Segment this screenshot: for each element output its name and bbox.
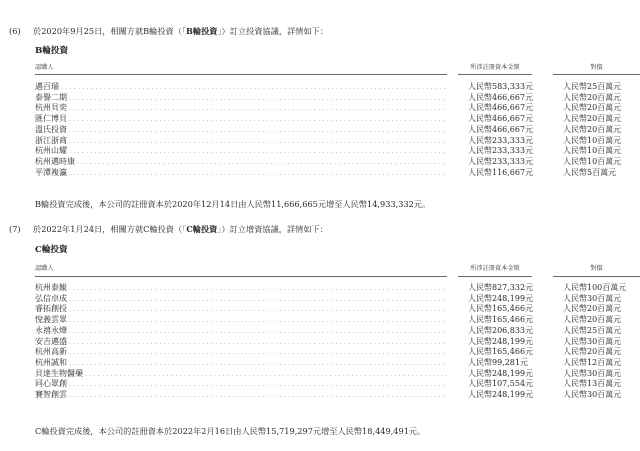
consideration-amount: 人民幣30百萬元 (563, 390, 621, 401)
section-7-intro-pre: 於2022年1月24日，相關方就C輪投資（「 (33, 224, 186, 234)
table-row: 杭州貝奕人民幣466,667元人民幣20百萬元 (35, 103, 640, 114)
table-b-header-registered-capital: 所涉註冊資本金額 (458, 64, 532, 72)
registered-capital-amount: 人民幣165,466元 (468, 315, 533, 326)
registered-capital-amount: 人民幣165,466元 (468, 304, 533, 315)
registered-capital-amount: 人民幣248,199元 (468, 337, 533, 348)
section-6-intro: 於2020年9月25日，相關方就B輪投資（「B輪投資」）訂立投資協議，詳情如下： (33, 26, 328, 36)
table-b-header-consideration: 對價 (553, 64, 640, 72)
table-c-header-registered-capital: 所涉註冊資本金額 (458, 265, 532, 273)
table-row: 弘信卓成人民幣248,199元人民幣30百萬元 (35, 294, 640, 305)
table-b-header-rule-1 (35, 74, 447, 75)
registered-capital-amount: 人民幣233,333元 (468, 146, 533, 157)
consideration-amount: 人民幣30百萬元 (563, 337, 621, 348)
table-row: 杭州邁時康人民幣233,333元人民幣10百萬元 (35, 157, 640, 168)
registered-capital-amount: 人民幣466,667元 (468, 103, 533, 114)
consideration-amount: 人民幣20百萬元 (563, 315, 621, 326)
table-row: 杭州誠和人民幣99,281元人民幣12百萬元 (35, 358, 640, 369)
subscriber-name: 平潭複瀛 (35, 168, 447, 180)
section-7-number: (7) (9, 224, 21, 234)
section-6-intro-bold: B輪投資 (186, 26, 217, 36)
consideration-amount: 人民幣25百萬元 (563, 82, 621, 93)
table-row: 浙江浙商人民幣233,333元人民幣10百萬元 (35, 136, 640, 147)
table-row: 邁百瑞人民幣583,333元人民幣25百萬元 (35, 82, 640, 93)
section-7-note: C輪投資完成後，本公司的註冊資本於2022年2月16日由人民幣15,719,29… (35, 426, 425, 436)
registered-capital-amount: 人民幣466,667元 (468, 93, 533, 104)
consideration-amount: 人民幣12百萬元 (563, 358, 621, 369)
consideration-amount: 人民幣20百萬元 (563, 114, 621, 125)
registered-capital-amount: 人民幣116,667元 (468, 168, 533, 179)
consideration-amount: 人民幣10百萬元 (563, 146, 621, 157)
registered-capital-amount: 人民幣827,332元 (468, 283, 533, 294)
table-row: 杭州山耀人民幣233,333元人民幣10百萬元 (35, 146, 640, 157)
consideration-amount: 人民幣20百萬元 (563, 347, 621, 358)
table-row: 杭州高新人民幣165,466元人民幣20百萬元 (35, 347, 640, 358)
registered-capital-amount: 人民幣248,199元 (468, 294, 533, 305)
consideration-amount: 人民幣13百萬元 (563, 379, 621, 390)
section-7-intro-post: 」）訂立增資協議，詳情如下： (217, 224, 328, 234)
consideration-amount: 人民幣5百萬元 (563, 168, 616, 179)
table-c-title: C輪投資 (35, 245, 68, 255)
table-row: 睿拓創投人民幣165,466元人民幣20百萬元 (35, 304, 640, 315)
table-row: 杭州泰鯤人民幣827,332元人民幣100百萬元 (35, 283, 640, 294)
consideration-amount: 人民幣10百萬元 (563, 136, 621, 147)
table-row: 貝達生物醫藥人民幣248,199元人民幣30百萬元 (35, 369, 640, 380)
table-row: 泰譽二期人民幣466,667元人民幣20百萬元 (35, 93, 640, 104)
consideration-amount: 人民幣10百萬元 (563, 157, 621, 168)
consideration-amount: 人民幣30百萬元 (563, 369, 621, 380)
table-row: 賽智創雲人民幣248,199元人民幣30百萬元 (35, 390, 640, 401)
registered-capital-amount: 人民幣233,333元 (468, 136, 533, 147)
consideration-amount: 人民幣30百萬元 (563, 294, 621, 305)
table-b-header-rule-3 (553, 74, 640, 75)
table-c-header-rule-1 (35, 276, 447, 277)
section-6-intro-pre: 於2020年9月25日，相關方就B輪投資（「 (33, 26, 186, 36)
consideration-amount: 人民幣20百萬元 (563, 103, 621, 114)
registered-capital-amount: 人民幣466,667元 (468, 125, 533, 136)
section-6-intro-post: 」）訂立投資協議，詳情如下： (218, 26, 329, 36)
table-c-header-consideration: 對價 (553, 265, 640, 273)
registered-capital-amount: 人民幣165,466元 (468, 347, 533, 358)
subscriber-name: 賽智創雲 (35, 390, 447, 402)
table-c-header-subscriber: 認購人 (35, 265, 54, 273)
registered-capital-amount: 人民幣248,199元 (468, 369, 533, 380)
consideration-amount: 人民幣20百萬元 (563, 93, 621, 104)
registered-capital-amount: 人民幣107,554元 (468, 379, 533, 390)
table-row: 安吉邁盛人民幣248,199元人民幣30百萬元 (35, 337, 640, 348)
table-c-header-rule-3 (553, 276, 640, 277)
table-row: 永禧永燁人民幣206,833元人民幣25百萬元 (35, 326, 640, 337)
registered-capital-amount: 人民幣466,667元 (468, 114, 533, 125)
table-row: 悅義雲眾人民幣165,466元人民幣20百萬元 (35, 315, 640, 326)
section-7-intro: 於2022年1月24日，相關方就C輪投資（「C輪投資」）訂立增資協議，詳情如下： (33, 224, 328, 234)
consideration-amount: 人民幣100百萬元 (563, 283, 626, 294)
registered-capital-amount: 人民幣206,833元 (468, 326, 533, 337)
table-row: 溫氏投資人民幣466,667元人民幣20百萬元 (35, 125, 640, 136)
consideration-amount: 人民幣25百萬元 (563, 326, 621, 337)
consideration-amount: 人民幣20百萬元 (563, 304, 621, 315)
section-7-intro-bold: C輪投資 (186, 224, 217, 234)
table-c-header-rule-2 (458, 276, 532, 277)
registered-capital-amount: 人民幣248,199元 (468, 390, 533, 401)
table-row: 同心眾創人民幣107,554元人民幣13百萬元 (35, 379, 640, 390)
table-row: 匯仁博貝人民幣466,667元人民幣20百萬元 (35, 114, 640, 125)
registered-capital-amount: 人民幣583,333元 (468, 82, 533, 93)
table-b-title: B輪投資 (35, 46, 68, 56)
table-b-header-rule-2 (458, 74, 532, 75)
section-6-number: (6) (9, 26, 21, 36)
section-6-note: B輪投資完成後，本公司的註冊資本於2020年12月14日由人民幣11,666,6… (35, 199, 430, 209)
table-b-header-subscriber: 認購人 (35, 64, 54, 72)
consideration-amount: 人民幣20百萬元 (563, 125, 621, 136)
table-row: 平潭複瀛人民幣116,667元人民幣5百萬元 (35, 168, 640, 179)
registered-capital-amount: 人民幣233,333元 (468, 157, 533, 168)
registered-capital-amount: 人民幣99,281元 (468, 358, 528, 369)
